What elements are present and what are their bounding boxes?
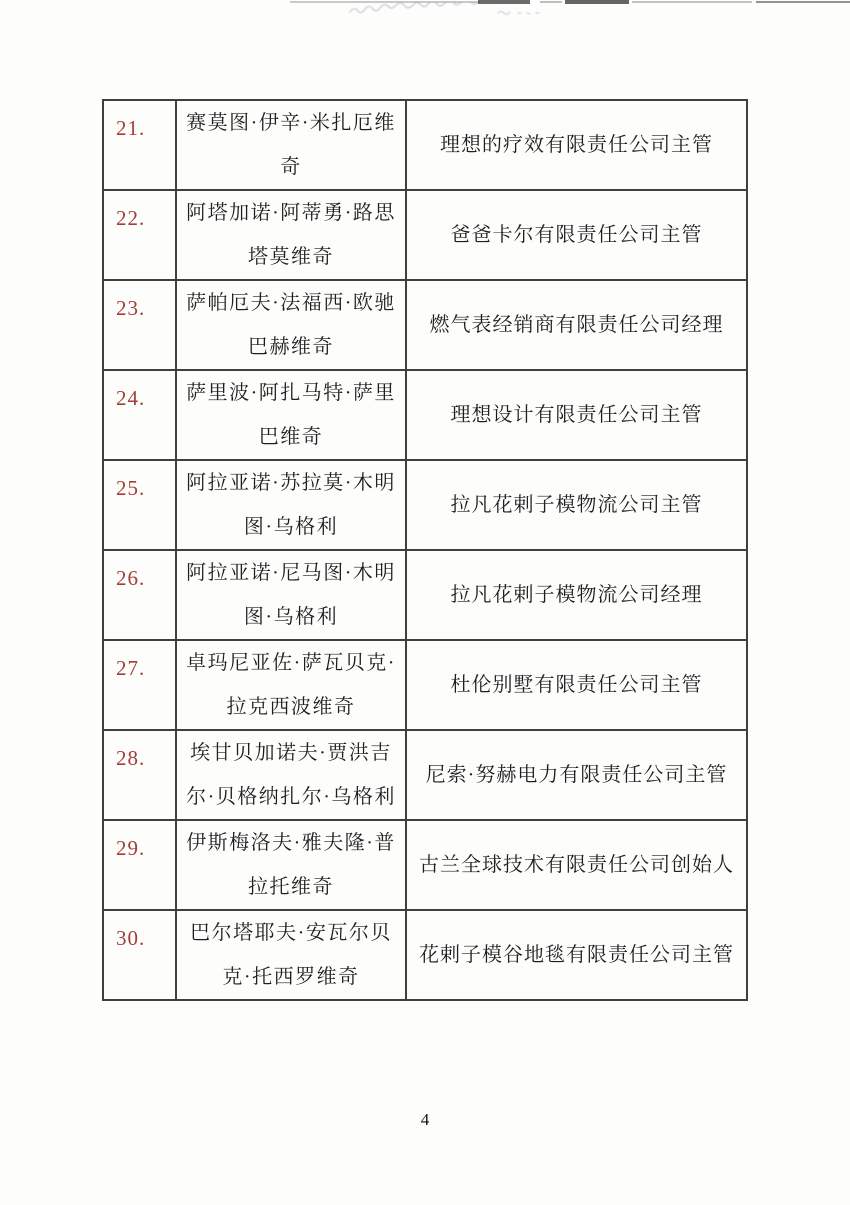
position-text: 理想设计有限责任公司主管 (407, 398, 746, 432)
name-cell: 卓玛尼亚佐·萨瓦贝克·拉克西波维奇 (176, 640, 406, 730)
person-name: 阿拉亚诺·苏拉莫·木明图·乌格利 (177, 461, 405, 549)
person-name: 埃甘贝加诺夫·贾洪吉尔·贝格纳扎尔·乌格利 (177, 731, 405, 819)
person-name: 萨里波·阿扎马特·萨里巴维奇 (177, 371, 405, 459)
position-cell: 尼索·努赫电力有限责任公司主管 (406, 730, 747, 820)
table-row: 23. 萨帕厄夫·法福西·欧驰巴赫维奇 燃气表经销商有限责任公司经理 (103, 280, 747, 370)
name-cell: 阿拉亚诺·苏拉莫·木明图·乌格利 (176, 460, 406, 550)
table-row: 27. 卓玛尼亚佐·萨瓦贝克·拉克西波维奇 杜伦别墅有限责任公司主管 (103, 640, 747, 730)
position-cell: 理想的疗效有限责任公司主管 (406, 100, 747, 190)
position-text: 杜伦别墅有限责任公司主管 (407, 668, 746, 702)
name-cell: 萨帕厄夫·法福西·欧驰巴赫维奇 (176, 280, 406, 370)
person-name: 巴尔塔耶夫·安瓦尔贝克·托西罗维奇 (177, 911, 405, 999)
index-cell: 21. (103, 100, 176, 190)
index-cell: 28. (103, 730, 176, 820)
row-number: 23. (104, 281, 145, 321)
table-row: 22. 阿塔加诺·阿蒂勇·路思塔莫维奇 爸爸卡尔有限责任公司主管 (103, 190, 747, 280)
scan-artifact-smudge (348, 2, 558, 20)
position-cell: 古兰全球技术有限责任公司创始人 (406, 820, 747, 910)
table-row: 28. 埃甘贝加诺夫·贾洪吉尔·贝格纳扎尔·乌格利 尼索·努赫电力有限责任公司主… (103, 730, 747, 820)
person-name: 萨帕厄夫·法福西·欧驰巴赫维奇 (177, 281, 405, 369)
row-number: 24. (104, 371, 145, 411)
index-cell: 24. (103, 370, 176, 460)
name-cell: 阿塔加诺·阿蒂勇·路思塔莫维奇 (176, 190, 406, 280)
index-cell: 30. (103, 910, 176, 1000)
page-number: 4 (0, 1110, 850, 1130)
row-number: 26. (104, 551, 145, 591)
row-number: 21. (104, 101, 145, 141)
personnel-table-body: 21. 赛莫图·伊辛·米扎厄维奇 理想的疗效有限责任公司主管 22. 阿塔加诺·… (103, 100, 747, 1000)
position-cell: 理想设计有限责任公司主管 (406, 370, 747, 460)
index-cell: 25. (103, 460, 176, 550)
table-row: 24. 萨里波·阿扎马特·萨里巴维奇 理想设计有限责任公司主管 (103, 370, 747, 460)
scan-artifact-top-line (632, 1, 752, 3)
table-row: 29. 伊斯梅洛夫·雅夫隆·普拉托维奇 古兰全球技术有限责任公司创始人 (103, 820, 747, 910)
index-cell: 29. (103, 820, 176, 910)
position-text: 花剌子模谷地毯有限责任公司主管 (407, 938, 746, 972)
row-number: 30. (104, 911, 145, 951)
name-cell: 阿拉亚诺·尼马图·木明图·乌格利 (176, 550, 406, 640)
name-cell: 埃甘贝加诺夫·贾洪吉尔·贝格纳扎尔·乌格利 (176, 730, 406, 820)
table-row: 21. 赛莫图·伊辛·米扎厄维奇 理想的疗效有限责任公司主管 (103, 100, 747, 190)
person-name: 赛莫图·伊辛·米扎厄维奇 (177, 101, 405, 189)
position-text: 理想的疗效有限责任公司主管 (407, 128, 746, 162)
index-cell: 23. (103, 280, 176, 370)
position-text: 尼索·努赫电力有限责任公司主管 (407, 758, 746, 792)
position-cell: 拉凡花剌子模物流公司经理 (406, 550, 747, 640)
document-page: 21. 赛莫图·伊辛·米扎厄维奇 理想的疗效有限责任公司主管 22. 阿塔加诺·… (0, 0, 850, 1205)
row-number: 28. (104, 731, 145, 771)
table-row: 25. 阿拉亚诺·苏拉莫·木明图·乌格利 拉凡花剌子模物流公司主管 (103, 460, 747, 550)
person-name: 伊斯梅洛夫·雅夫隆·普拉托维奇 (177, 821, 405, 909)
name-cell: 赛莫图·伊辛·米扎厄维奇 (176, 100, 406, 190)
index-cell: 26. (103, 550, 176, 640)
table-row: 26. 阿拉亚诺·尼马图·木明图·乌格利 拉凡花剌子模物流公司经理 (103, 550, 747, 640)
position-text: 拉凡花剌子模物流公司经理 (407, 578, 746, 612)
row-number: 29. (104, 821, 145, 861)
index-cell: 22. (103, 190, 176, 280)
scan-artifact-top-line (565, 0, 629, 4)
position-text: 拉凡花剌子模物流公司主管 (407, 488, 746, 522)
name-cell: 巴尔塔耶夫·安瓦尔贝克·托西罗维奇 (176, 910, 406, 1000)
position-text: 爸爸卡尔有限责任公司主管 (407, 218, 746, 252)
name-cell: 伊斯梅洛夫·雅夫隆·普拉托维奇 (176, 820, 406, 910)
position-cell: 燃气表经销商有限责任公司经理 (406, 280, 747, 370)
position-cell: 爸爸卡尔有限责任公司主管 (406, 190, 747, 280)
row-number: 25. (104, 461, 145, 501)
index-cell: 27. (103, 640, 176, 730)
person-name: 阿塔加诺·阿蒂勇·路思塔莫维奇 (177, 191, 405, 279)
row-number: 27. (104, 641, 145, 681)
row-number: 22. (104, 191, 145, 231)
person-name: 阿拉亚诺·尼马图·木明图·乌格利 (177, 551, 405, 639)
position-text: 古兰全球技术有限责任公司创始人 (407, 848, 746, 882)
scan-artifact-top-line (756, 1, 850, 3)
position-text: 燃气表经销商有限责任公司经理 (407, 308, 746, 342)
position-cell: 拉凡花剌子模物流公司主管 (406, 460, 747, 550)
personnel-table: 21. 赛莫图·伊辛·米扎厄维奇 理想的疗效有限责任公司主管 22. 阿塔加诺·… (102, 99, 748, 1001)
position-cell: 花剌子模谷地毯有限责任公司主管 (406, 910, 747, 1000)
position-cell: 杜伦别墅有限责任公司主管 (406, 640, 747, 730)
name-cell: 萨里波·阿扎马特·萨里巴维奇 (176, 370, 406, 460)
table-row: 30. 巴尔塔耶夫·安瓦尔贝克·托西罗维奇 花剌子模谷地毯有限责任公司主管 (103, 910, 747, 1000)
person-name: 卓玛尼亚佐·萨瓦贝克·拉克西波维奇 (177, 641, 405, 729)
